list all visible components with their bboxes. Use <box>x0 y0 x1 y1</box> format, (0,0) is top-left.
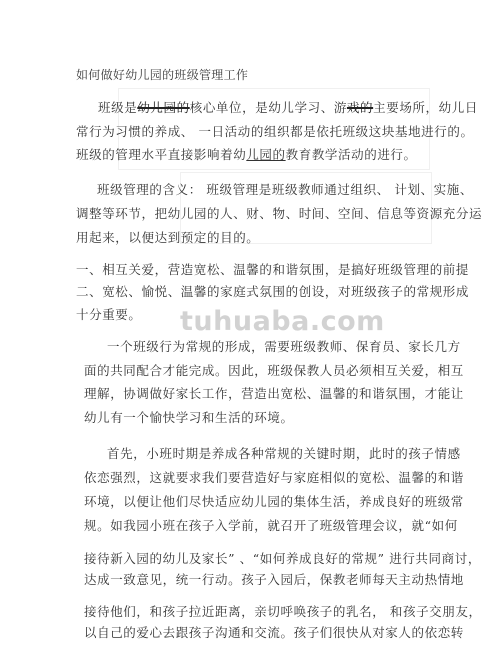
paragraph-line: 以自己的爱心去跟孩子沟通和交流。孩子们很快从对家人的依恋转 <box>84 625 464 641</box>
text: 主要场所，幼儿日 <box>373 100 478 115</box>
underlined-text: 儿园的 <box>246 147 285 162</box>
paragraph-line: 班级是幼儿园的核心单位，是幼儿学习、游戏的主要场所，幼儿日 <box>98 100 478 116</box>
strikethrough-text: 幼儿园的 <box>137 100 189 115</box>
paragraph-line: 达成一致意见，统一行动。孩子入园后，保教老师每天主动热情地 <box>84 572 464 588</box>
paragraph-line: 一、相互关爱，营造宽松、温馨的和谐氛围，是搞好班级管理的前提 <box>76 262 469 278</box>
paragraph-line: 班级管理的含义： 班级管理是班级教师通过组织、 计划、实施、 <box>97 182 473 198</box>
paragraph-line: 首先，小班时期是养成各种常规的关键时期，此时的孩子情感 <box>107 446 461 462</box>
paragraph-line: 用起来，以便达到预定的目的。 <box>76 230 259 246</box>
paragraph-line: 一个班级行为常规的形成，需要班级教师、保育员、家长几方 <box>107 339 461 355</box>
paragraph-line: 接待新入园的幼儿及家长” 、“如何养成良好的常规” 进行共同商讨， <box>84 551 481 567</box>
paragraph-line: 依恋强烈，这就要求我们要营造好与家庭相似的宽松、温馨的和谐 <box>84 470 464 486</box>
text: 教育教学活动的进行。 <box>286 147 417 162</box>
text: 班级是 <box>98 100 137 115</box>
paragraph-line: 规。如我园小班在孩子入学前，就召开了班级管理会议，就“如何 <box>84 518 458 534</box>
strikethrough-text: 戏的 <box>347 100 373 115</box>
paragraph-line: 环境，以便让他们尽快适应幼儿园的集体生活，养成良好的班级常 <box>84 494 464 510</box>
paragraph-line: 接待他们，和孩子拉近距离，亲切呼唤孩子的乳名， 和孩子交朋友， <box>84 604 482 620</box>
paragraph-line: 十分重要。 <box>76 307 142 323</box>
paragraph-line: 调整等环节，把幼儿园的人、财、物、时间、空间、信息等资源充分运 <box>76 206 482 222</box>
paragraph-line: 幼儿有一个愉快学习和生活的环境。 <box>84 410 294 426</box>
paragraph-line: 常行为习惯的养成、 一日活动的组织都是依托班级这块基地进行的。 <box>76 124 474 140</box>
paragraph-line: 面的共同配合才能完成。因此，班级保教人员必须相互关爱，相互 <box>84 363 464 379</box>
text: 班级的管理水平直接影响着幼 <box>76 147 246 162</box>
watermark: tuhuaba.com <box>180 306 385 337</box>
document-title: 如何做好幼儿园的班级管理工作 <box>76 67 248 83</box>
paragraph-line: 理解，协调做好家长工作，营造出宽松、温馨的和谐氛围，才能让 <box>84 386 464 402</box>
paragraph-line: 班级的管理水平直接影响着幼儿园的教育教学活动的进行。 <box>76 147 417 163</box>
text: 核心单位，是幼儿学习、游 <box>190 100 347 115</box>
paragraph-line: 二、宽松、愉悦、温馨的家庭式氛围的创设，对班级孩子的常规形成 <box>76 284 469 300</box>
